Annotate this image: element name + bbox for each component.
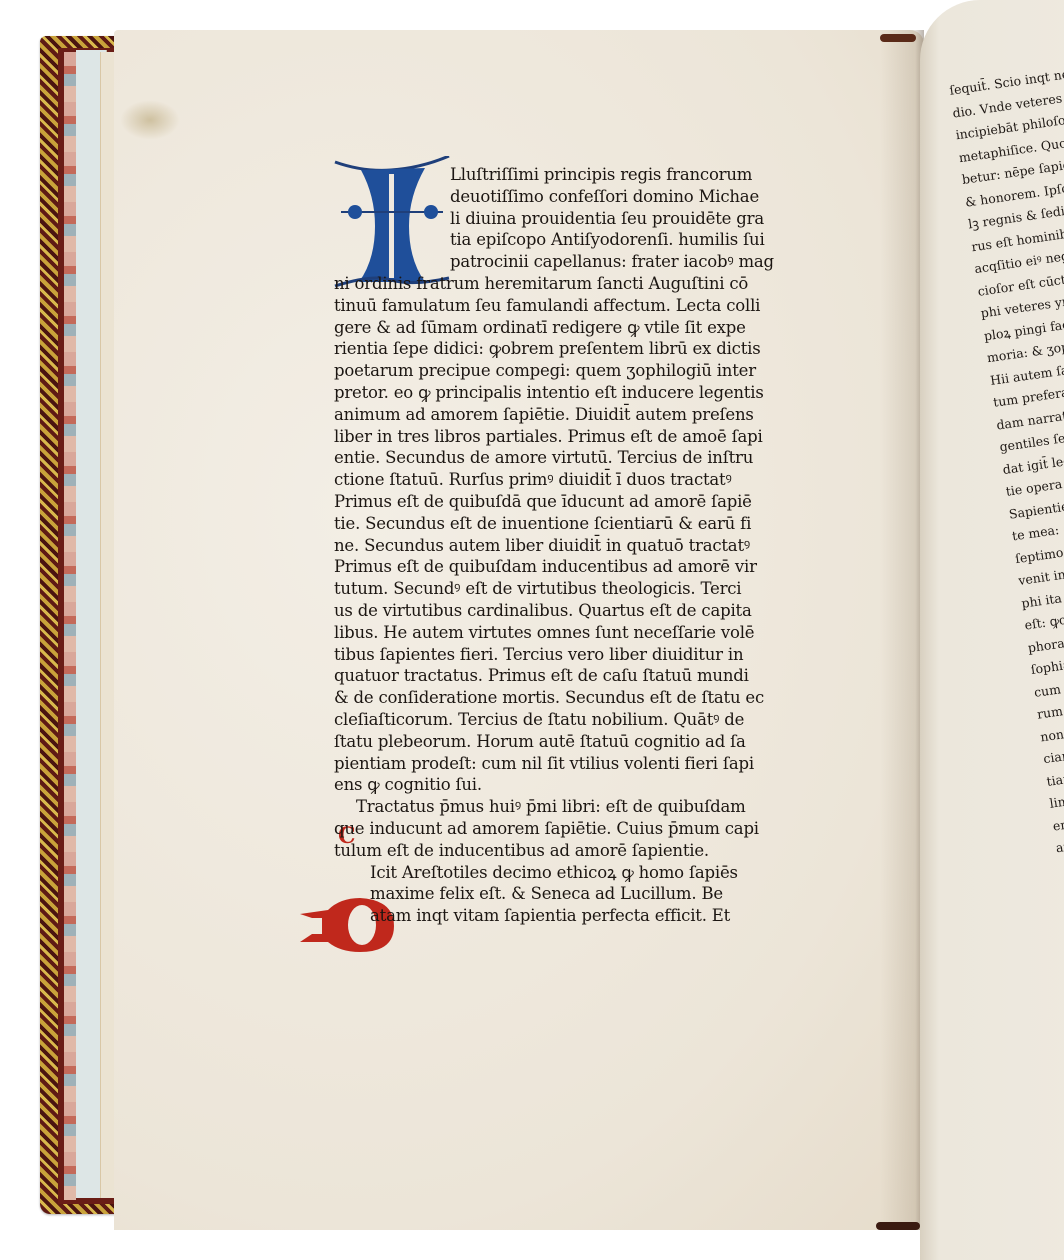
text-line: libus. He autem virtutes omnes ſunt nece… (334, 622, 794, 644)
text-line: atam inqt vitam ſapientia perfecta effic… (334, 905, 794, 927)
text-line: tie. Secundus eſt de inuentione ſcientia… (334, 513, 794, 535)
text-line: maxime felix eſt. & Seneca ad Lucillum. … (334, 883, 794, 905)
text-line: & de conſideratione mortis. Secundus eſt… (334, 687, 794, 709)
text-line: ni ordinis fratrum heremitarum ſancti Au… (334, 273, 794, 295)
text-line: tutum. Secundꝰ eſt de virtutibus theolog… (334, 578, 794, 600)
text-line: Icit Areſtotiles decimo ethicoꝝ ꝙ homo ſ… (334, 862, 794, 884)
text-line: quatuor tractatus. Primus eſt de caſu ſt… (334, 665, 794, 687)
text-line: animum ad amorem ſapiētie. Diuidit̄ aute… (334, 404, 794, 426)
text-line: deuotiſſimo confeſſori domino Michae (334, 186, 794, 208)
text-line: pretor. eo ꝙ principalis intentio eſt in… (334, 382, 794, 404)
paper-stain (120, 100, 180, 140)
text-line: gere & ad ſūmam ordinatī redigere ꝙ vtil… (334, 317, 794, 339)
left-page-text: Lluſtriſſimi principis regis francorum d… (334, 164, 794, 927)
text-line: tia epiſcopo Antiſyodorenſi. humilis ſui (334, 229, 794, 251)
text-line: pientiam prodeſt: cum nil ſit vtilius vo… (334, 753, 794, 775)
marbled-endpaper-edge (64, 52, 76, 1200)
text-line: poetarum precipue compegi: quem ʒophilog… (334, 360, 794, 382)
text-line: tibus ſapientes fieri. Tercius vero libe… (334, 644, 794, 666)
text-line: tinuū famulatum ſeu famulandi affectum. … (334, 295, 794, 317)
text-line: ſtatu plebeorum. Horum autē ſtatuū cogni… (334, 731, 794, 753)
text-line: us de virtutibus cardinalibus. Quartus e… (334, 600, 794, 622)
gutter-shadow (880, 30, 924, 1230)
text-line: Primus eſt de quibuſdā que īducunt ad am… (334, 491, 794, 513)
text-line: rientia ſepe didici: ꝙobrem preſentem li… (334, 338, 794, 360)
text-line: Primus eſt de quibuſdam inducentibus ad … (334, 556, 794, 578)
text-line: Lluſtriſſimi principis regis francorum (334, 164, 794, 186)
text-line: ne. Secundus autem liber diuidit̄ in qua… (334, 535, 794, 557)
tailband (876, 1222, 920, 1230)
text-line: cleſiaſticorum. Tercius de ſtatu nobiliu… (334, 709, 794, 731)
text-line: Tractatus p̄mus huiꝰ p̄mi libri: eſt de … (334, 796, 794, 818)
text-line: ens ꝙ cognitio ſui. (334, 774, 794, 796)
text-line: patrocinii capellanus: frater iacobꝰ mag (334, 251, 794, 273)
text-line: li diuina prouidentia ſeu prouidēte gra (334, 208, 794, 230)
text-line: liber in tres libros partiales. Primus e… (334, 426, 794, 448)
text-line: ctione ſtatuū. Rurſus primꝰ diuidit̄ ī d… (334, 469, 794, 491)
text-line: entie. Secundus de amore virtutū. Terciu… (334, 447, 794, 469)
headband (880, 34, 916, 42)
text-line: tulum eſt de inducentibus ad amorē ſapie… (334, 840, 794, 862)
text-line: que inducunt ad amorem ſapiētie. Cuius p… (334, 818, 794, 840)
